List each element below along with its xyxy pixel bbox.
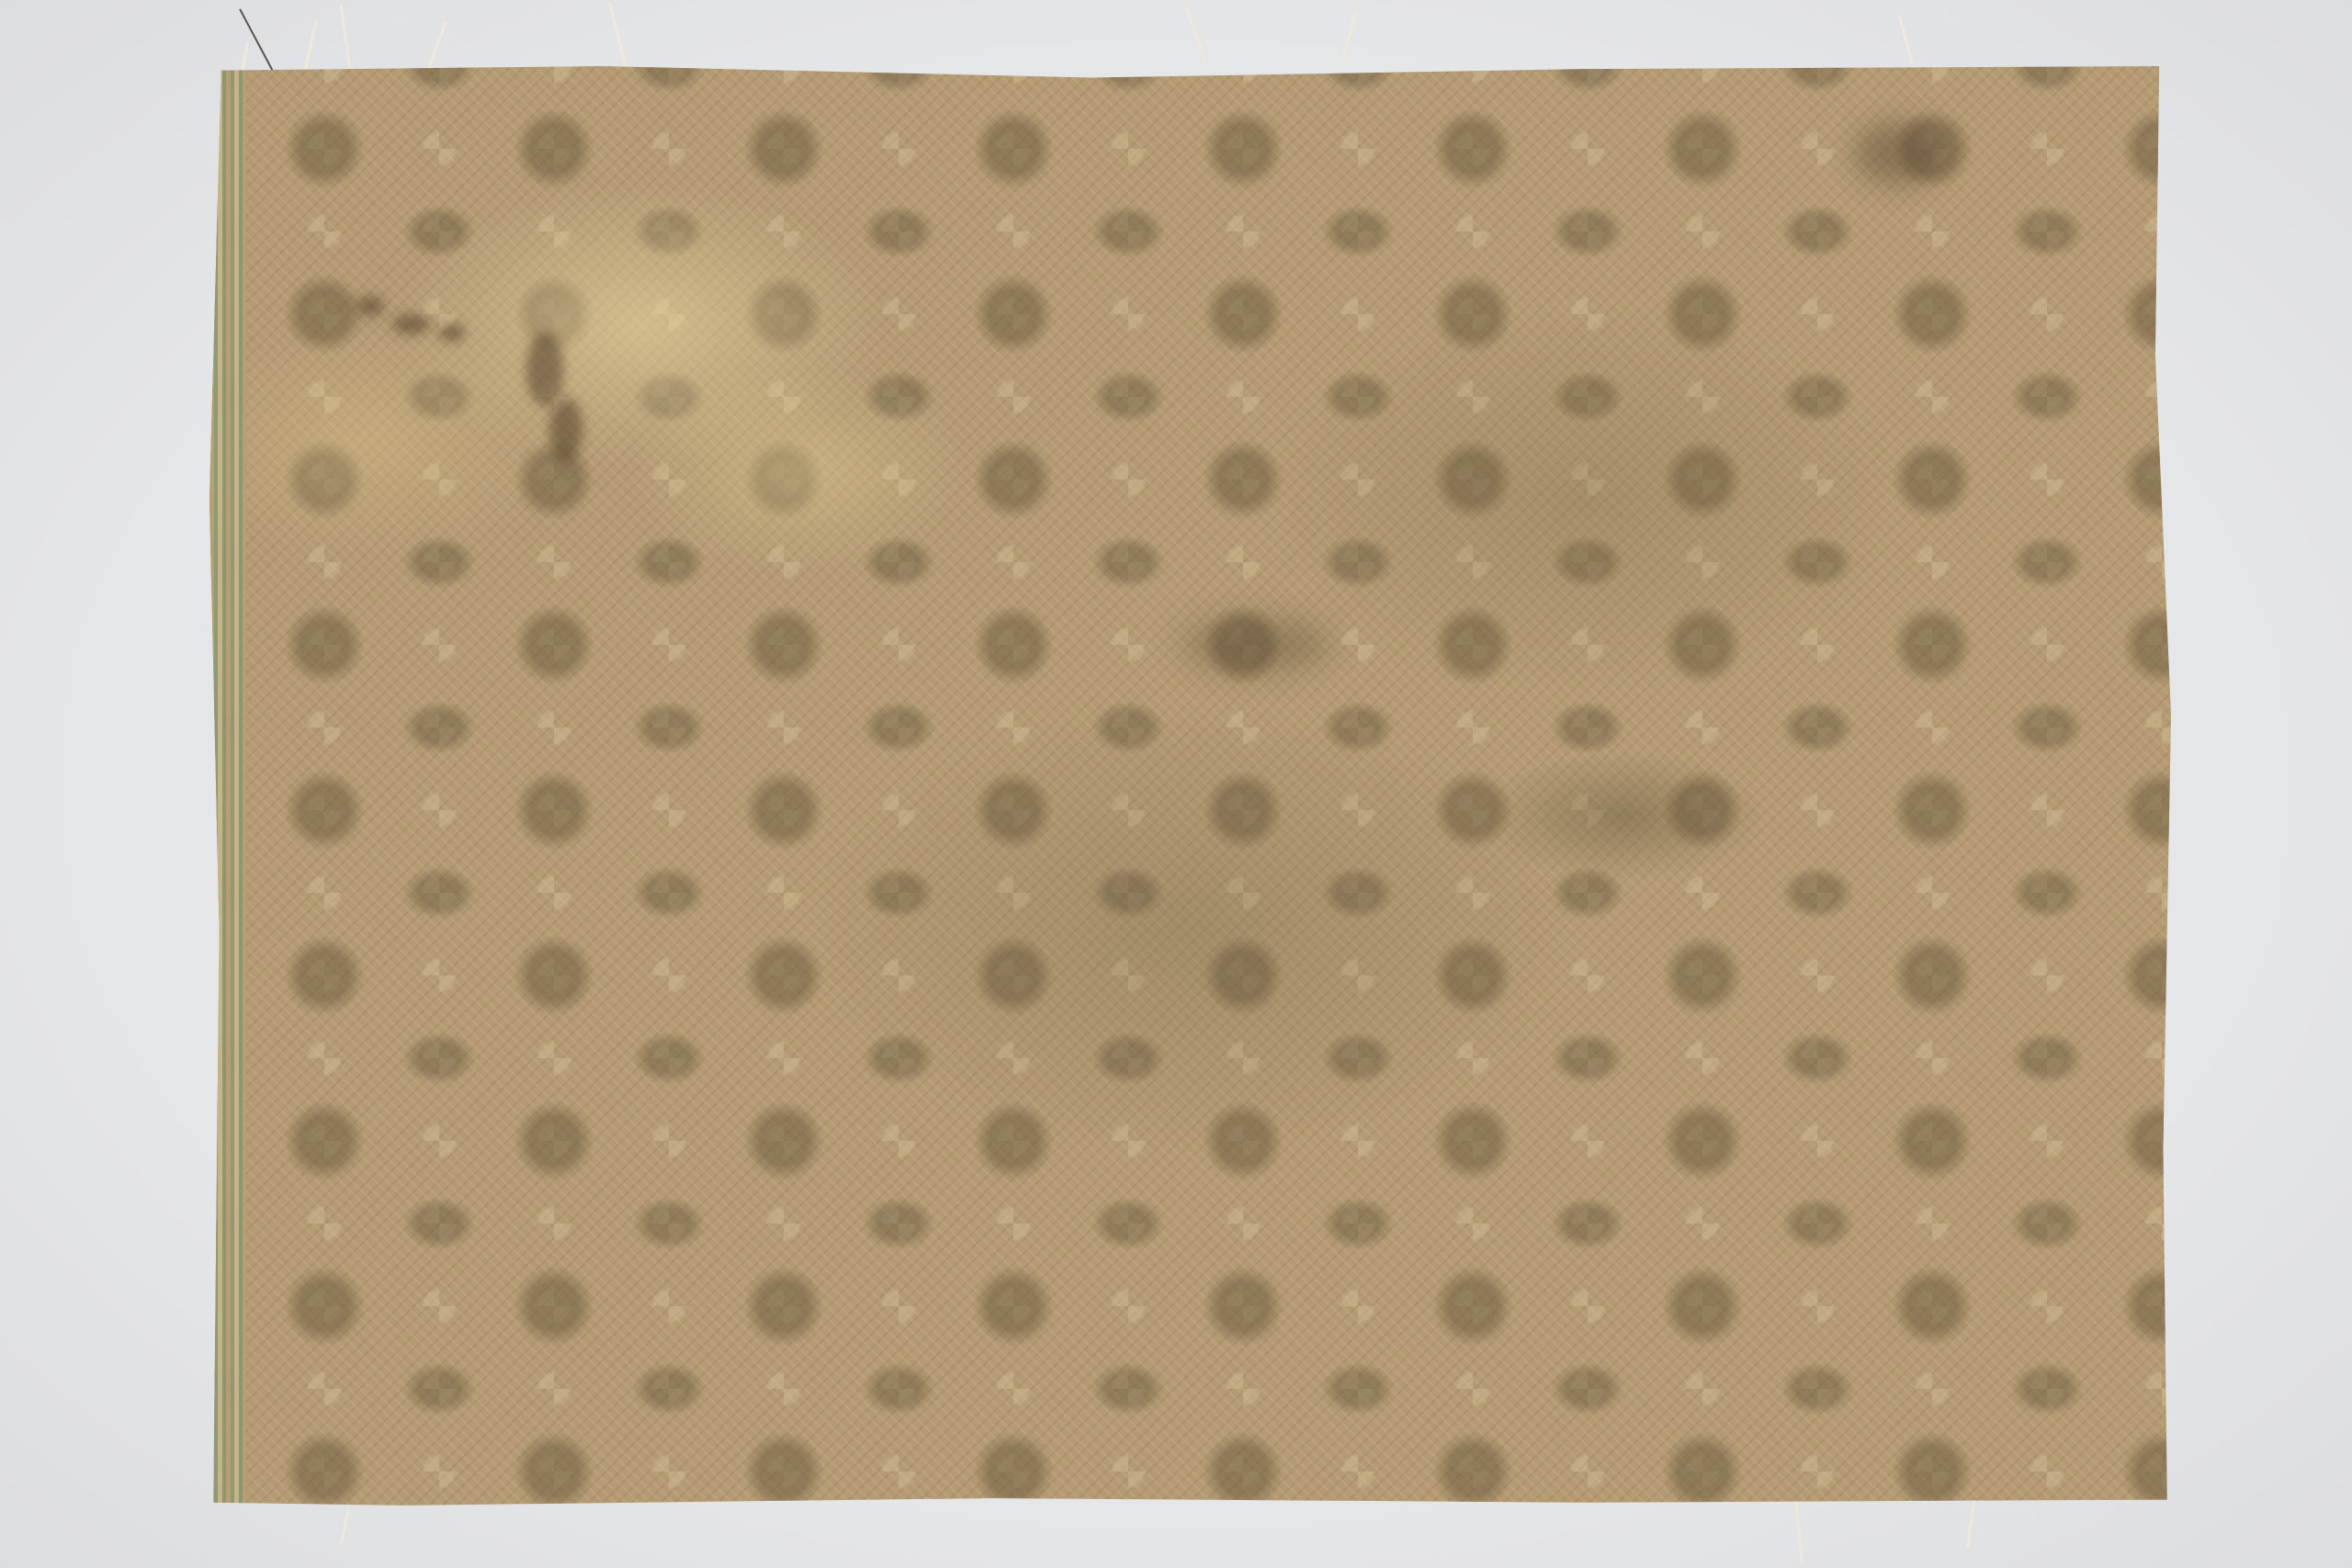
- discoloration-tones: [209, 66, 2171, 1508]
- stain: [549, 397, 582, 461]
- stain: [439, 323, 465, 342]
- textile-fragment: [209, 66, 2171, 1508]
- stain: [1183, 617, 1330, 672]
- stain: [526, 333, 563, 406]
- stain: [356, 296, 384, 316]
- stain: [393, 314, 430, 334]
- stain: [1854, 121, 1946, 186]
